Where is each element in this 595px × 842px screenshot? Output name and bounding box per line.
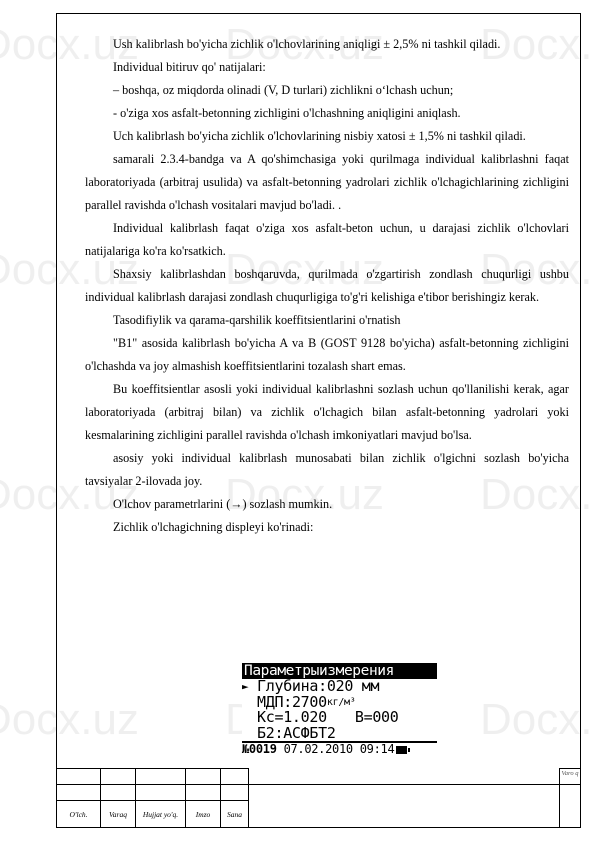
cursor-arrow-icon: ►	[242, 679, 257, 695]
paragraph: O'lchov parametrlarini (→) sozlash mumki…	[85, 493, 569, 516]
stamp-cell	[101, 769, 136, 785]
material-row: Б2:АСФБТ2	[242, 726, 437, 742]
paragraph: – boshqa, oz miqdorda olinadi (V, D turl…	[85, 79, 569, 102]
stamp-cell	[186, 785, 221, 801]
stamp-cell	[101, 785, 136, 801]
sheet-number-cell	[560, 785, 581, 828]
stamp-cell	[186, 769, 221, 785]
paragraph: Individual bitiruv qo' natijalari:	[85, 56, 569, 79]
stamp-label-olch: O'lch.	[57, 801, 101, 828]
stamp-label-varaq: Varaq	[101, 801, 136, 828]
record-number: №0019	[242, 742, 277, 756]
document-body: Ush kalibrlash bo'yicha zichlik o'lchovl…	[85, 33, 569, 539]
time: 09:14	[360, 742, 395, 756]
paragraph: Tasodifiylik va qarama-qarshilik koeffit…	[85, 309, 569, 332]
stamp-cell	[57, 785, 101, 801]
stamp-cell	[57, 769, 101, 785]
stamp-label-sana: Sana	[221, 801, 249, 828]
stamp-cell	[136, 785, 186, 801]
paragraph: asosiy yoki individual kalibrlash munosa…	[85, 447, 569, 493]
material-value: Б2:АСФБТ2	[257, 724, 336, 742]
paragraph: samarali 2.3.4-bandga va A qo'shimchasig…	[85, 148, 569, 217]
paragraph: Ush kalibrlash bo'yicha zichlik o'lchovl…	[85, 33, 569, 56]
date: 07.02.2010	[284, 742, 353, 756]
paragraph: Zichlik o'lchagichning displeyi ko'rinad…	[85, 516, 569, 539]
status-bar: №0019 07.02.2010 09:14	[242, 741, 437, 756]
battery-icon	[396, 746, 407, 754]
b-value: В=000	[355, 708, 399, 726]
density-unit: кг/м³	[327, 697, 356, 708]
paragraph: Uch kalibrlash bo'yicha zichlik o'lchovl…	[85, 125, 569, 148]
paragraph: - o'ziga xos asfalt-betonning zichligini…	[85, 102, 569, 125]
stamp-cell	[221, 769, 249, 785]
paragraph: Shaxsiy kalibrlashdan boshqaruvda, quril…	[85, 263, 569, 309]
depth-value: 020	[327, 677, 353, 695]
depth-unit: мм	[362, 677, 379, 695]
stamp-label-imzo: Imzo	[186, 801, 221, 828]
stamp-label-hujjat: Hujjat yo'q.	[136, 801, 186, 828]
stamp-cell	[136, 769, 186, 785]
paragraph: Bu koeffitsientlar asosli yoki individua…	[85, 378, 569, 447]
paragraph: Individual kalibrlash faqat o'ziga xos a…	[85, 217, 569, 263]
stamp-cell	[221, 785, 249, 801]
document-code-cell	[249, 785, 560, 828]
paragraph: "B1" asosida kalibrlash bo'yicha A va B …	[85, 332, 569, 378]
title-block: Varo q O'lch. Varaq Hujjat yo'q. Imzo Sa…	[56, 768, 581, 828]
stamp-cell	[249, 769, 560, 785]
density-meter-display: Параметрыизмерения ►Глубина:020 мм МДП:2…	[242, 663, 437, 757]
sheet-label: Varo q	[560, 769, 581, 785]
